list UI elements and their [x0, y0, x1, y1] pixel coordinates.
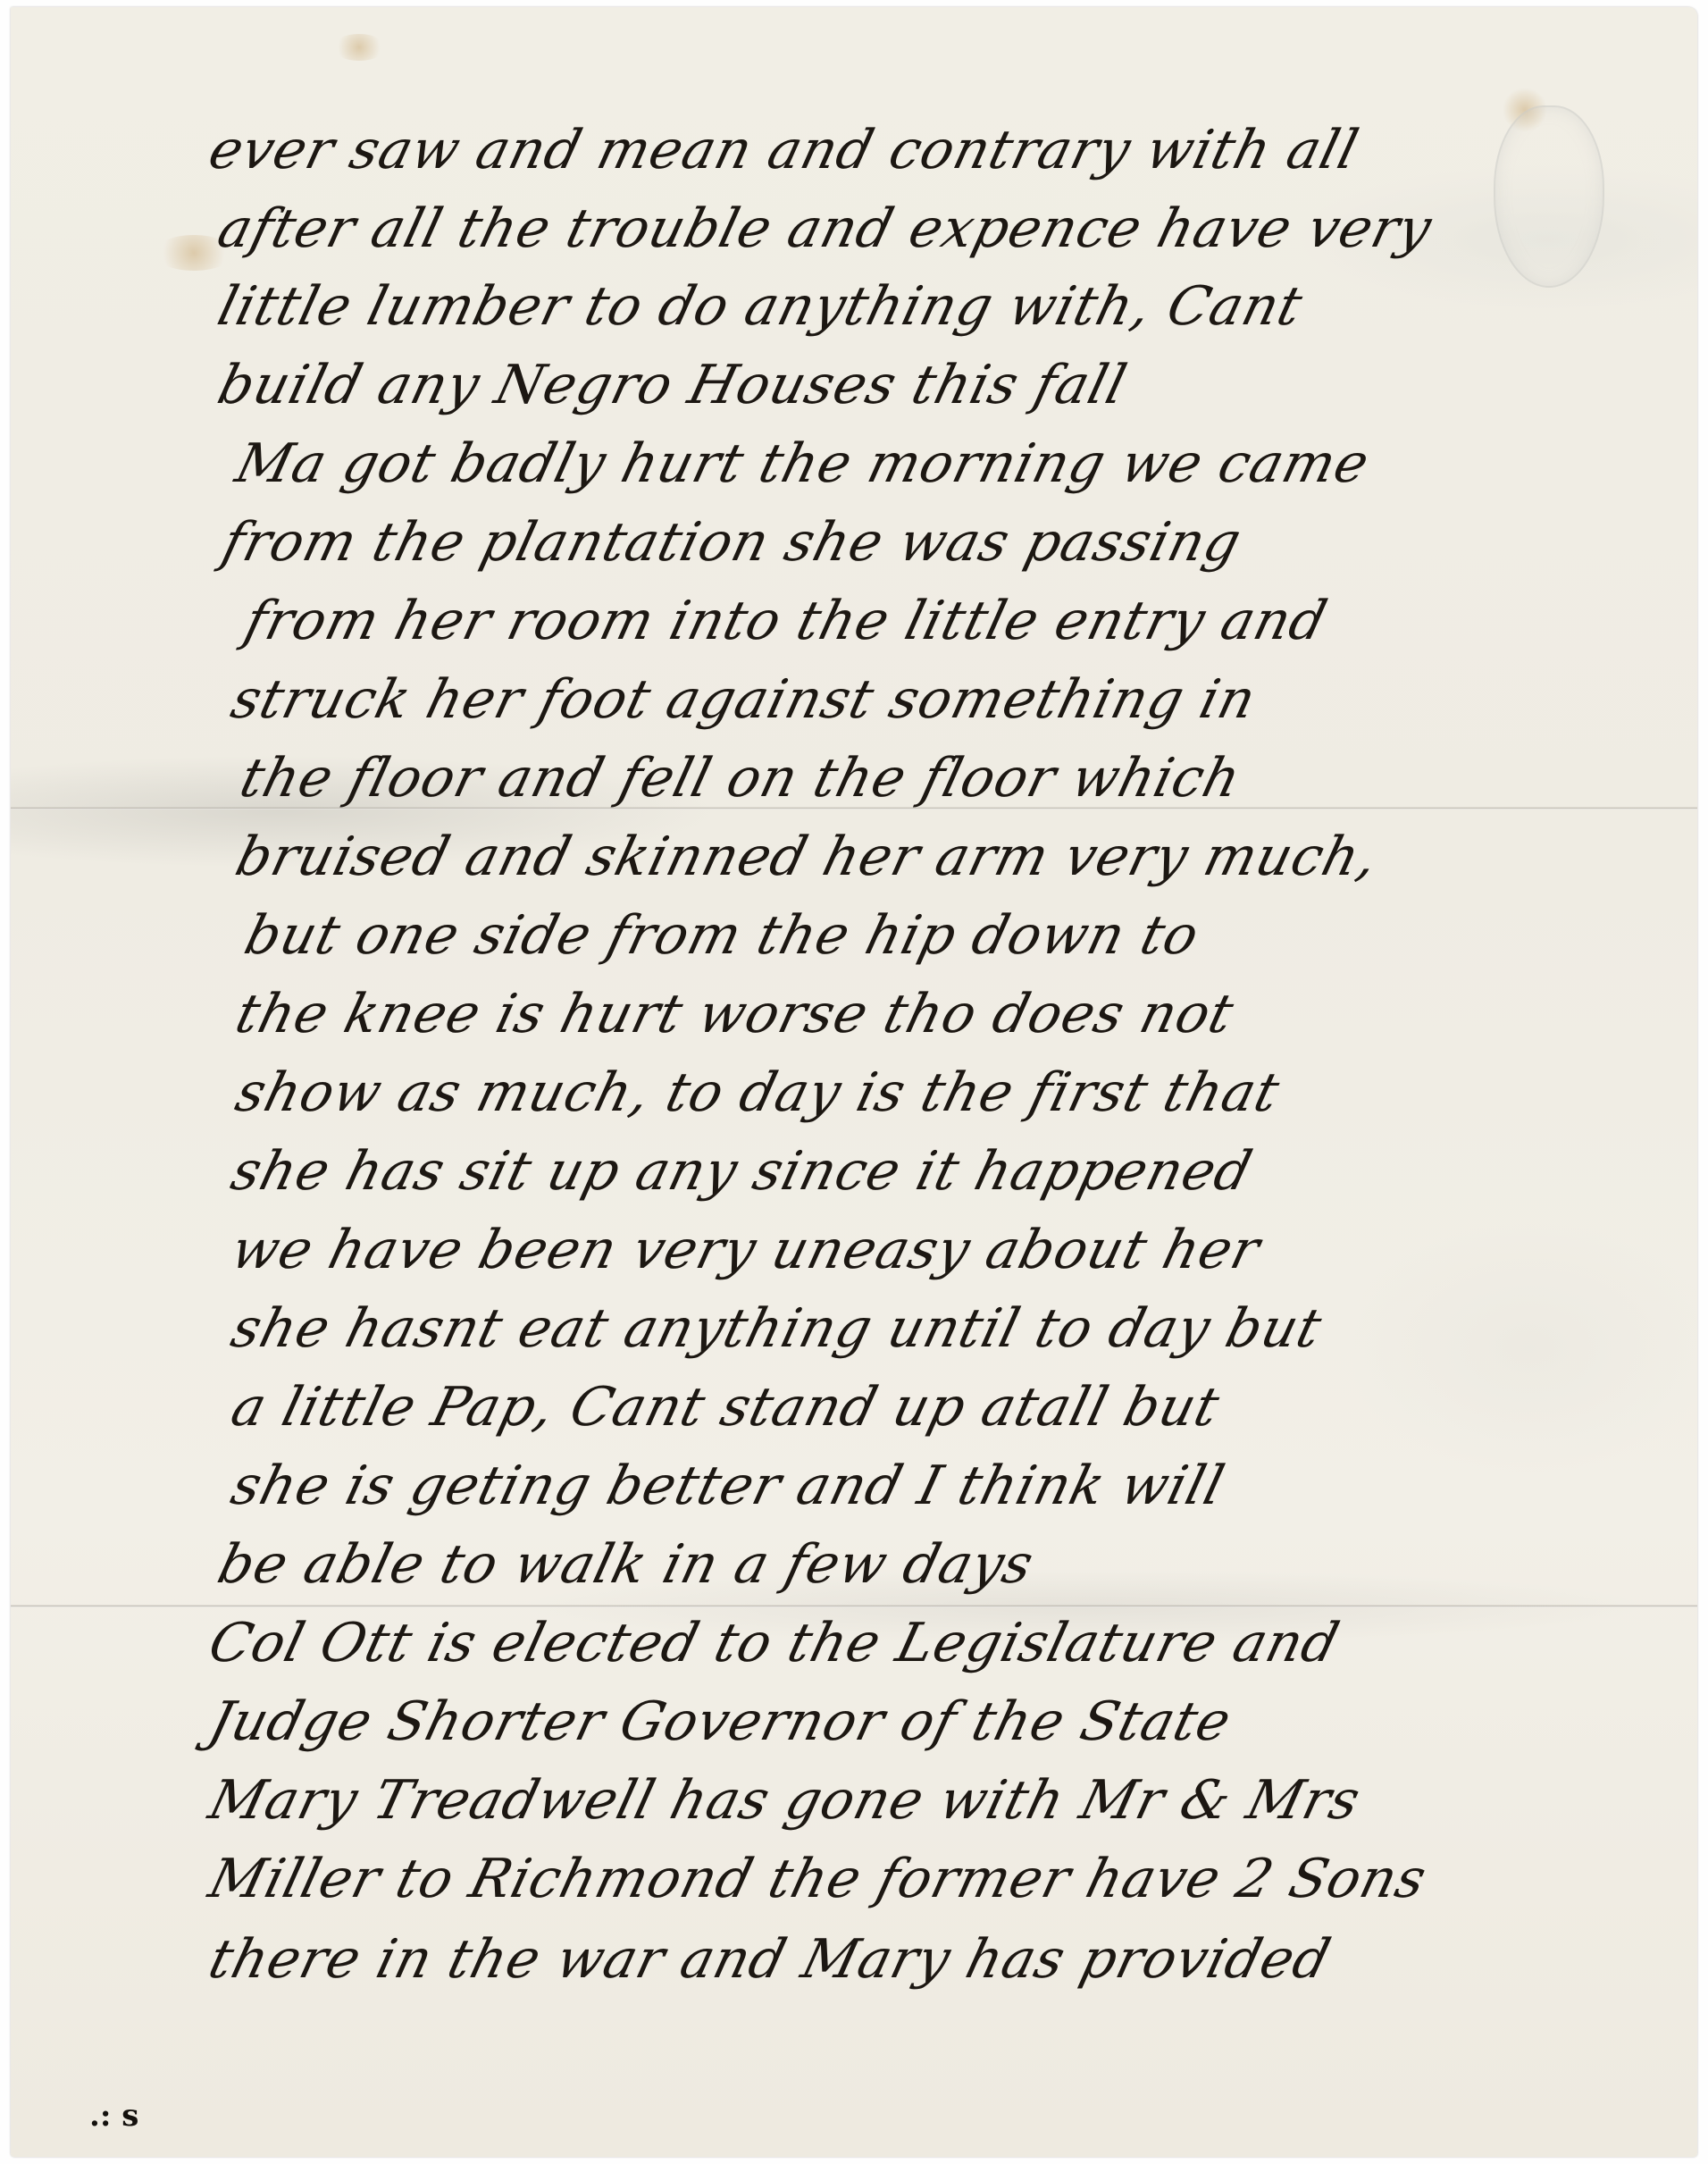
- text-line: after all the trouble and expence have v…: [212, 197, 1438, 260]
- text-line: she is geting better and I think will: [225, 1455, 1231, 1517]
- text-line: Ma got badly hurt the morning we came: [230, 432, 1376, 495]
- text-line: Mary Treadwell has gone with Mr & Mrs: [203, 1769, 1367, 1832]
- text-line: Col Ott is elected to the Legislature an…: [203, 1612, 1345, 1674]
- text-line: Miller to Richmond the former have 2 Son…: [203, 1848, 1433, 1910]
- text-line: the knee is hurt worse tho does not: [230, 983, 1240, 1045]
- text-line: struck her foot against something in: [225, 668, 1262, 731]
- text-line: from the plantation she was passing: [216, 511, 1248, 574]
- handwritten-text: ever saw and mean and contrary with all …: [11, 7, 1697, 2157]
- text-line: from her room into the little entry and: [239, 590, 1334, 652]
- text-line: be able to walk in a few days: [212, 1533, 1040, 1596]
- text-line: little lumber to do anything with, Cant: [212, 275, 1309, 338]
- margin-ink-mark: .: s: [89, 2098, 138, 2134]
- text-line: show as much, to day is the first that: [230, 1061, 1286, 1124]
- text-line: ever saw and mean and contrary with all: [203, 119, 1365, 181]
- text-line: bruised and skinned her arm very much,: [230, 826, 1385, 888]
- text-line: Judge Shorter Governor of the State: [203, 1690, 1237, 1753]
- text-line: there in the war and Mary has provided: [203, 1928, 1337, 1991]
- text-line: a little Pap, Cant stand up atall but: [225, 1376, 1226, 1438]
- text-line: but one side from the hip down to: [239, 904, 1205, 967]
- letter-page: ever saw and mean and contrary with all …: [11, 7, 1697, 2157]
- text-line: she has sit up any since it happened: [225, 1140, 1259, 1203]
- text-line: we have been very uneasy about her: [225, 1219, 1267, 1281]
- text-line: the floor and fell on the floor which: [234, 747, 1247, 809]
- text-line: build any Negro Houses this fall: [212, 354, 1133, 416]
- text-line: she hasnt eat anything until to day but: [225, 1297, 1328, 1360]
